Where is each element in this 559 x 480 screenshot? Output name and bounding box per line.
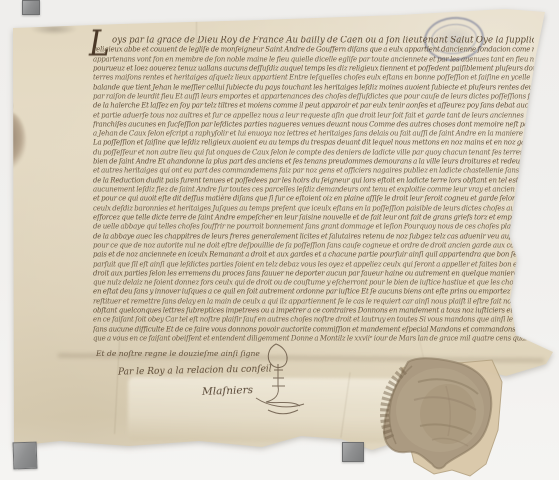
- manuscript-text-line: pais et de noz anciennete en iceulx Rema…: [93, 250, 534, 260]
- manuscript-text-line: terres maiſons rentes et heritaiges aſqu…: [93, 73, 534, 83]
- manuscript-text-line: et partie aduerſe tous noz aultres et ſu…: [93, 111, 534, 121]
- manuscript-text-line: et pour ce qui auoit eſte dit deſſus mat…: [93, 194, 534, 204]
- archival-number-annotation: Nº 1176: [134, 8, 196, 24]
- manuscript-text-line: La poſſeſſion et ſaiſine que leſdiz reli…: [93, 138, 534, 148]
- manuscript-text-line: balande que tient Jehan le meſſier cellu…: [93, 83, 534, 93]
- ink-stain: [0, 112, 26, 170]
- manuscript-text-line: parſuit que ſil eſt ainſi que leſdictes …: [93, 260, 534, 270]
- manuscript-text-line: de la abbaye auec les chappitres de leur…: [93, 232, 534, 242]
- manuscript-text-line: en ce faiſant ſoit obey Car tel eſt noſt…: [93, 315, 534, 325]
- manuscript-text-line: ceulx deſdiz baronnies et heritaiges Juſ…: [93, 204, 534, 214]
- mount-tab-icon: [22, 0, 40, 15]
- notarial-paraph-flourish: [238, 340, 310, 420]
- corner-smudge: [30, 23, 78, 35]
- wax-seal-fragment-icon: [374, 352, 514, 480]
- manuscript-text-line: appartenans vont fon en membre de ſon no…: [93, 55, 534, 65]
- photograph-of-charter: Nº 1176 L oys par la grace de Dieu Roy d…: [0, 0, 559, 480]
- manuscript-text-line: en eſtat deu ſans y innover iuſques a ce…: [93, 287, 534, 297]
- wax-seal-group: [374, 352, 514, 480]
- manuscript-text-line: de la halerche Et laſſez en ſoy par telz…: [93, 101, 534, 111]
- manuscript-text-line: et autres heritaiges qui ont eu part des…: [93, 166, 534, 176]
- ink-stain: [0, 96, 14, 116]
- mount-tab-icon: [342, 442, 364, 462]
- manuscript-text-line: religieux abbe et couuent de legliſe de …: [93, 45, 534, 55]
- manuscript-text-block: oys par la grace de Dieu Roy de France A…: [93, 36, 534, 343]
- closing-date-line: Et de noſtre regne le douzieſme ainſi ſi…: [96, 349, 260, 358]
- mount-tab-icon: [13, 442, 38, 470]
- manuscript-text-line: de uelle abbaye qui telles choſes ſouffr…: [93, 222, 534, 232]
- manuscript-text-line: que a vous en ce faiſant obeiſſent et en…: [93, 334, 534, 344]
